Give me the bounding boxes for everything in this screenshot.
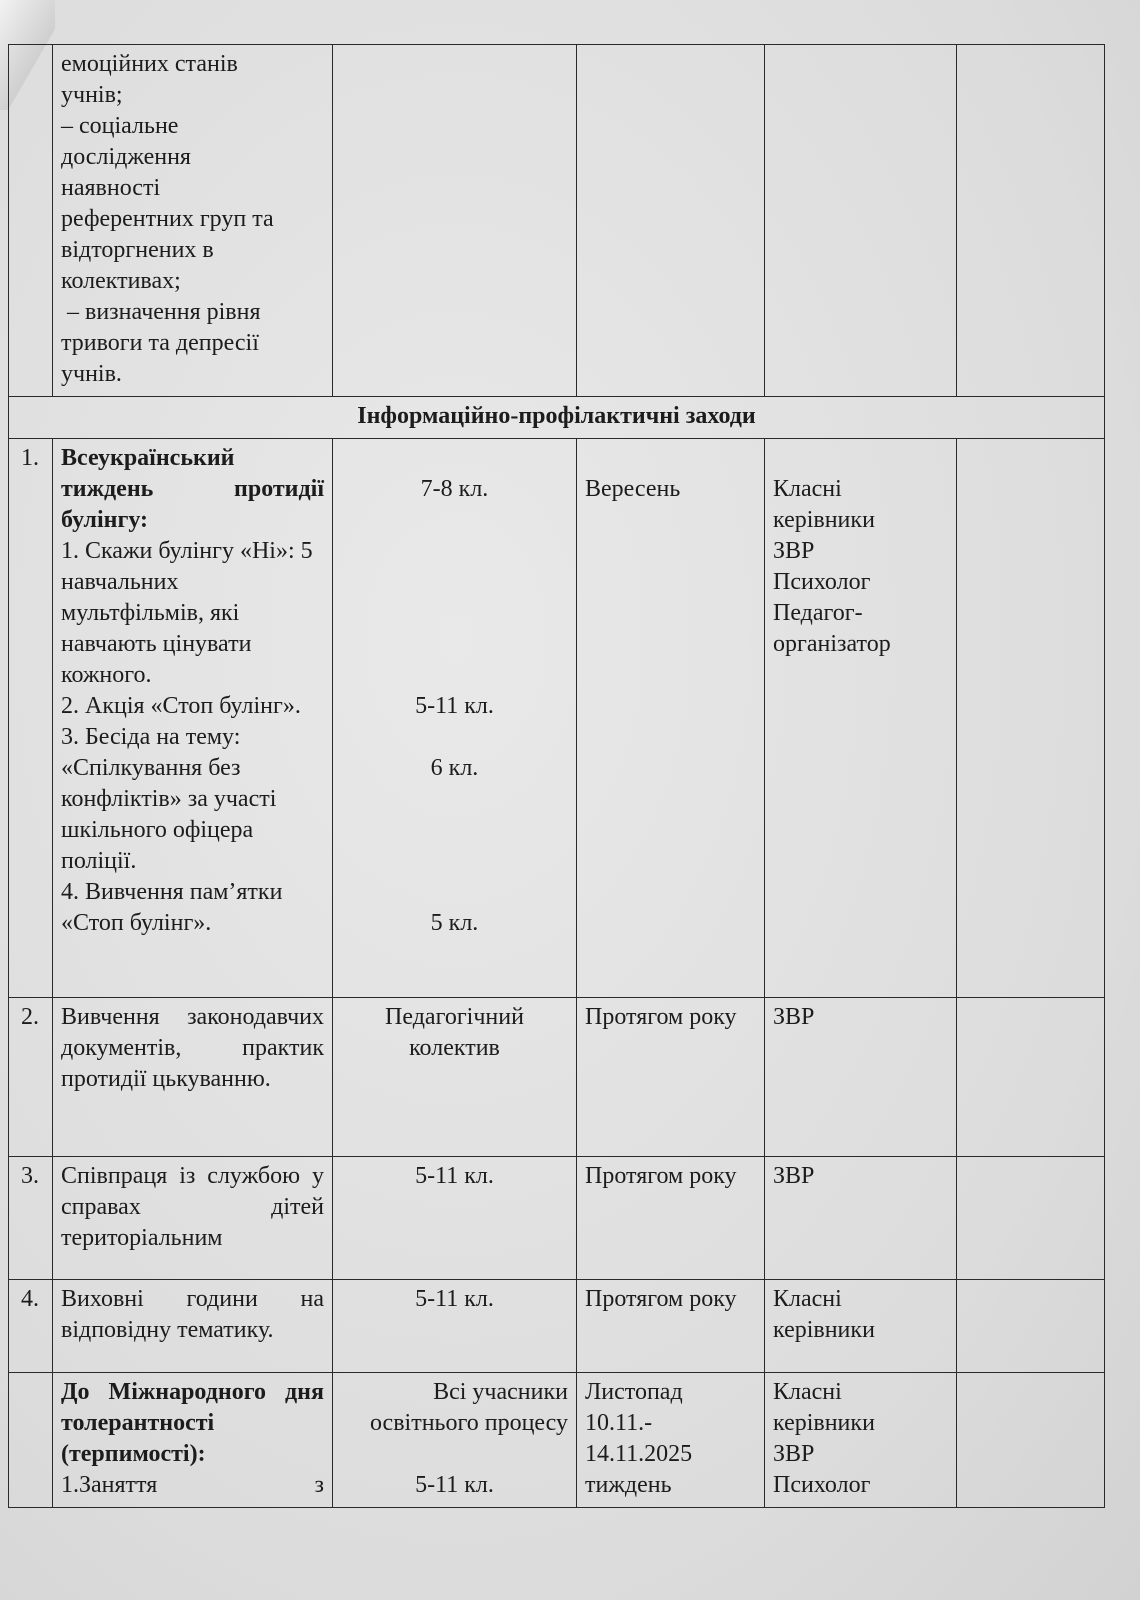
cell-num (9, 1373, 53, 1508)
activity-item: 3. Бесіда на тему: «Спілкування без конф… (61, 722, 324, 877)
activity-item: 1.Заняття з (61, 1470, 324, 1501)
participants-item: 5 кл. (341, 908, 568, 939)
cell-term (577, 45, 765, 397)
cell-participants: Всі учасники освітнього процесу 5-11 кл. (333, 1373, 577, 1508)
participants-item: 5-11 кл. (341, 691, 568, 722)
activity-title: До Міжнародного дня толерантності (терпи… (61, 1377, 324, 1470)
cell-term: Листопад 10.11.- 14.11.2025 тиждень (577, 1373, 765, 1508)
text-line: дослідження (61, 142, 324, 173)
responsible-item: Психолог (773, 567, 948, 598)
cell-note (957, 45, 1105, 397)
term-line: Листопад (585, 1377, 756, 1408)
text-line: референтних груп та (61, 204, 324, 235)
cell-num: 4. (9, 1280, 53, 1373)
cell-activity: Вивчення законодавчих документів, практи… (53, 998, 333, 1157)
responsible-item: керівники (773, 1315, 948, 1346)
cell-note (957, 998, 1105, 1157)
participants-item: 7-8 кл. (341, 474, 568, 505)
section-title: Інформаційно-профілактичні заходи (9, 397, 1105, 439)
cell-num: 3. (9, 1157, 53, 1280)
cell-activity: Виховні години на відповідну тематику. (53, 1280, 333, 1373)
cell-activity: До Міжнародного дня толерантності (терпи… (53, 1373, 333, 1508)
cell-note (957, 1280, 1105, 1373)
table-row: 2. Вивчення законодавчих документів, пра… (9, 998, 1105, 1157)
cell-term: Протягом року (577, 1280, 765, 1373)
activity-item: 2. Акція «Стоп булінг». (61, 691, 324, 722)
activity-item: 1. Скажи булінгу «Ні»: 5 навчальних муль… (61, 536, 324, 691)
text-line: наявності (61, 173, 324, 204)
cell-responsible: ЗВР (765, 1157, 957, 1280)
responsible-item: ЗВР (773, 536, 948, 567)
cell-activity: Співпраця із службою у справах дітей тер… (53, 1157, 333, 1280)
cell-participants (333, 45, 577, 397)
cell-participants: Педагогічний колектив (333, 998, 577, 1157)
cell-activity: емоційних станів учнів; – соціальне досл… (53, 45, 333, 397)
cell-responsible (765, 45, 957, 397)
term-line: 14.11.2025 (585, 1439, 756, 1470)
responsible-item: керівники (773, 505, 948, 536)
responsible-item: Класні (773, 474, 948, 505)
participants-item: Всі учасники освітнього процесу (341, 1377, 568, 1439)
plan-table: емоційних станів учнів; – соціальне досл… (8, 44, 1105, 1508)
cell-participants: 5-11 кл. (333, 1157, 577, 1280)
table-row: 1. Всеукраїнський тиждень протидії булін… (9, 439, 1105, 998)
term-line: 10.11.- (585, 1408, 756, 1439)
cell-responsible: Класні керівники ЗВР Психолог (765, 1373, 957, 1508)
text-line: – визначення рівня (61, 297, 324, 328)
cell-responsible: Класні керівники (765, 1280, 957, 1373)
cell-note (957, 439, 1105, 998)
table-row: До Міжнародного дня толерантності (терпи… (9, 1373, 1105, 1508)
cell-num (9, 45, 53, 397)
responsible-item: організатор (773, 629, 948, 660)
cell-num: 1. (9, 439, 53, 998)
cell-note (957, 1157, 1105, 1280)
responsible-item: Класні (773, 1284, 948, 1315)
cell-activity: Всеукраїнський тиждень протидії булінгу:… (53, 439, 333, 998)
responsible-item: Психолог (773, 1470, 948, 1501)
cell-responsible: Класні керівники ЗВР Психолог Педагог- о… (765, 439, 957, 998)
participants-item: 6 кл. (341, 753, 568, 784)
responsible-item: ЗВР (773, 1439, 948, 1470)
responsible-item: Класні (773, 1377, 948, 1408)
activity-title: Всеукраїнський тиждень протидії булінгу: (61, 443, 324, 536)
text-line: емоційних станів (61, 49, 324, 80)
cell-participants: 7-8 кл. 5-11 кл. 6 кл. 5 кл. (333, 439, 577, 998)
activity-item-text: 1.Заняття (61, 1470, 157, 1501)
participants-item: 5-11 кл. (341, 1470, 568, 1501)
table-row: емоційних станів учнів; – соціальне досл… (9, 45, 1105, 397)
text-line: тривоги та депресії (61, 328, 324, 359)
cell-term: Вересень (577, 439, 765, 998)
text-line: колективах; (61, 266, 324, 297)
cell-term: Протягом року (577, 998, 765, 1157)
cell-participants: 5-11 кл. (333, 1280, 577, 1373)
term-line: тиждень (585, 1470, 756, 1501)
table-row: 3. Співпраця із службою у справах дітей … (9, 1157, 1105, 1280)
text-line: учнів. (61, 359, 324, 390)
responsible-item: керівники (773, 1408, 948, 1439)
text-line: – соціальне (61, 111, 324, 142)
table-row: 4. Виховні години на відповідну тематику… (9, 1280, 1105, 1373)
activity-item-text: з (315, 1470, 324, 1501)
term-text: Вересень (585, 474, 756, 505)
cell-term: Протягом року (577, 1157, 765, 1280)
section-header-row: Інформаційно-профілактичні заходи (9, 397, 1105, 439)
responsible-item: Педагог- (773, 598, 948, 629)
document-page: емоційних станів учнів; – соціальне досл… (0, 0, 1140, 1600)
text-line: відторгнених в (61, 235, 324, 266)
cell-num: 2. (9, 998, 53, 1157)
text-line: учнів; (61, 80, 324, 111)
activity-item: 4. Вивчення пам’ятки «Стоп булінг». (61, 877, 324, 939)
cell-note (957, 1373, 1105, 1508)
cell-responsible: ЗВР (765, 998, 957, 1157)
